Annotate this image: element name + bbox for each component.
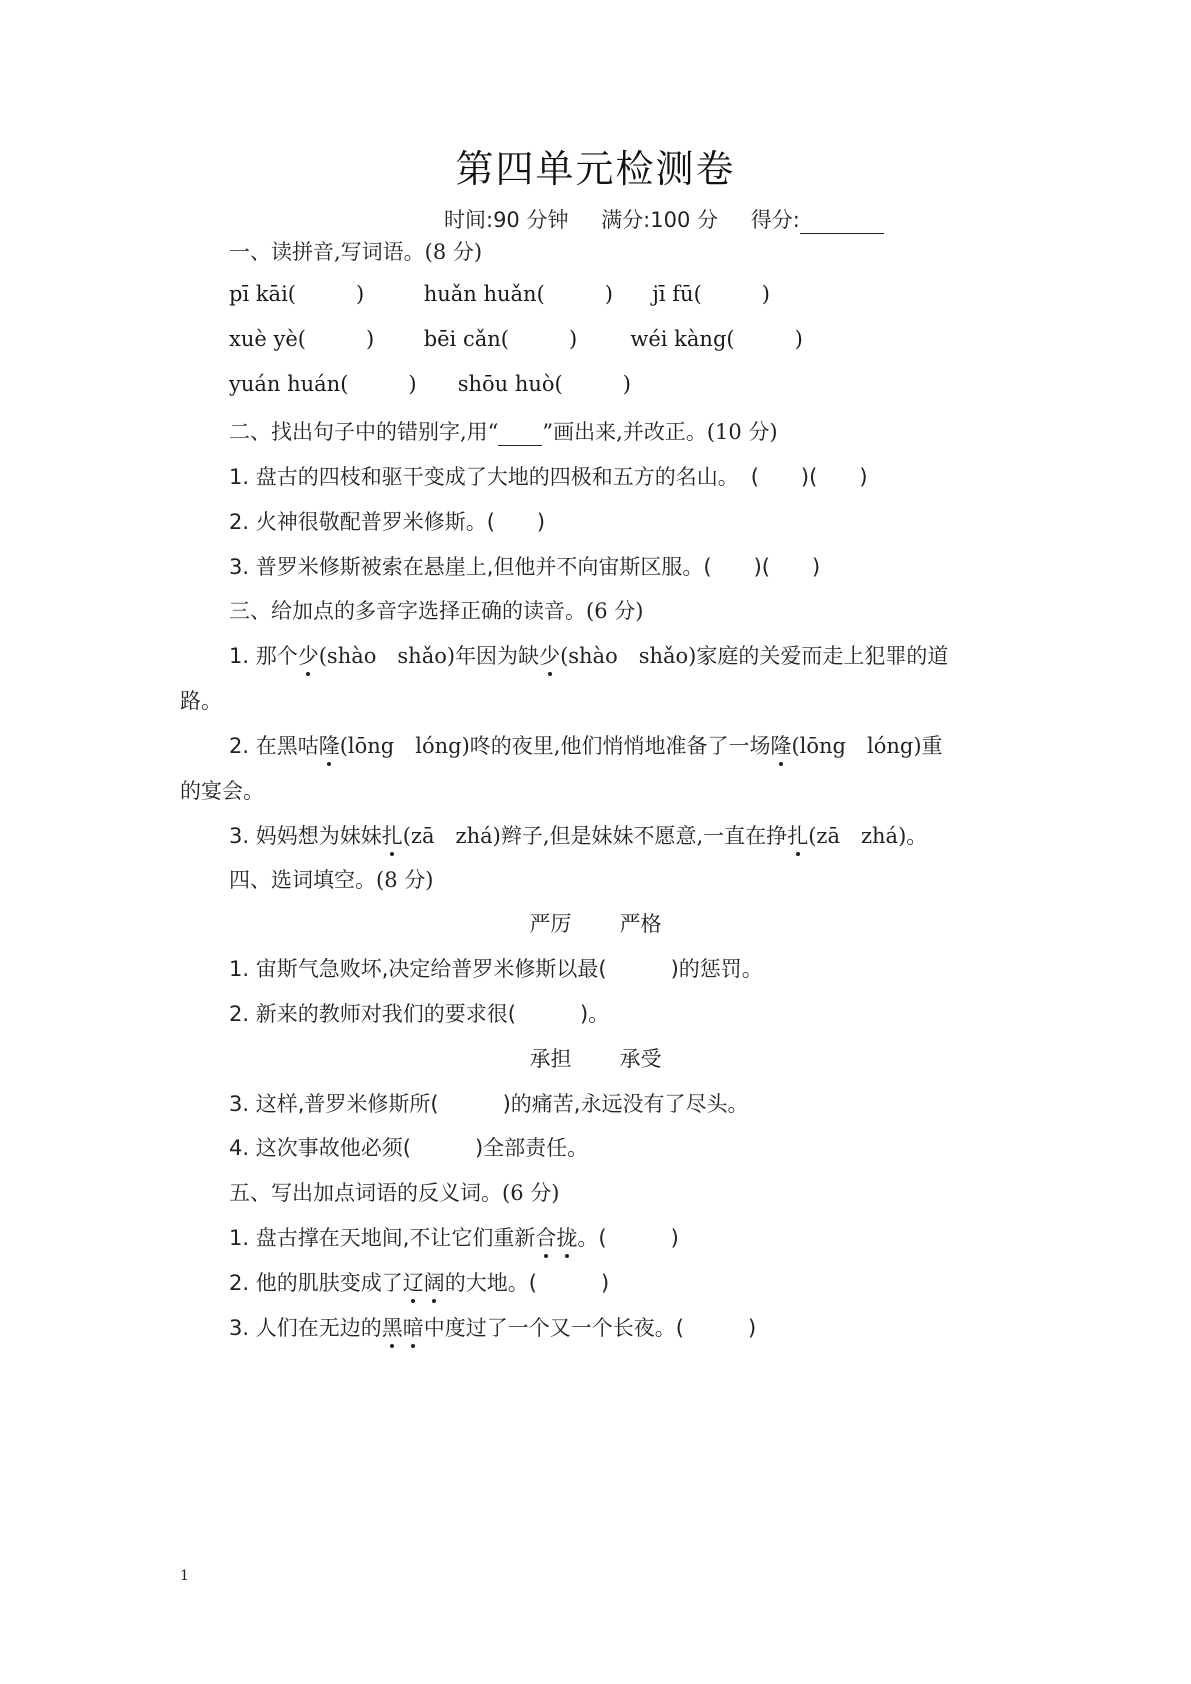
reading-options[interactable]: (lōng lóng)	[340, 734, 470, 758]
reading-options[interactable]: (shào shǎo)	[560, 644, 696, 668]
dotted-char: 阔	[424, 1267, 445, 1297]
section1-heading: 一、读拼音,写词语。(8 分)	[229, 236, 482, 266]
pinyin-item: jī fū	[652, 282, 693, 306]
question-item: 2. 火神很敬配普罗米修斯。( )	[229, 506, 545, 536]
dotted-char: 隆	[770, 730, 791, 760]
section4-heading: 四、选词填空。(8 分)	[229, 864, 433, 894]
reading-options[interactable]: (lōng lóng)	[791, 734, 921, 758]
score-blank[interactable]	[800, 213, 884, 234]
question-item: 3. 人们在无边的黑暗中度过了一个又一个长夜。()	[229, 1312, 756, 1342]
pinyin-item: bēi cǎn	[424, 327, 501, 351]
pinyin-item: shōu huò	[458, 372, 555, 396]
dotted-char: 扎	[787, 820, 808, 850]
question-item: 3. 这样,普罗米修斯所()的痛苦,永远没有了尽头。	[229, 1088, 748, 1118]
question-item: 1. 盘古的四枝和驱干变成了大地的四极和五方的名山。( )( )	[229, 461, 868, 491]
question-item-continuation: 的宴会。	[180, 775, 264, 805]
question-item: 4. 这次事故他必须()全部责任。	[229, 1132, 588, 1162]
section5-heading: 五、写出加点词语的反义词。(6 分)	[229, 1177, 559, 1207]
pinyin-item: pī kāi	[229, 282, 288, 306]
reading-options[interactable]: (zā zhá)	[403, 824, 501, 848]
score-label: 得分:	[751, 208, 800, 232]
full-score-label: 满分:100 分	[601, 208, 718, 232]
pinyin-item: huǎn huǎn	[424, 282, 537, 306]
question-item: 1. 宙斯气急败坏,决定给普罗米修斯以最()的惩罚。	[229, 953, 763, 983]
dotted-char: 隆	[319, 730, 340, 760]
question-item: 3. 普罗米修斯被索在悬崖上,但他并不向宙斯区服。( )( )	[229, 551, 820, 581]
word-choices-2: 承担承受	[0, 1043, 1191, 1073]
word-choice: 严格	[620, 912, 662, 936]
dotted-char: 暗	[403, 1312, 424, 1342]
question-item: 3. 妈妈想为妹妹扎(zā zhá)辫子,但是妹妹不愿意,一直在挣扎(zā zh…	[229, 820, 927, 850]
exam-page: 第四单元检测卷 时间:90 分钟 满分:100 分 得分: 一、读拼音,写词语。…	[0, 0, 1191, 1684]
question-item: 1. 那个少(shào shǎo)年因为缺少(shào shǎo)家庭的关爱而走…	[229, 640, 948, 670]
word-choice: 承受	[620, 1047, 662, 1071]
question-item: 2. 在黑咕隆(lōng lóng)咚的夜里,他们悄悄地准备了一场隆(lōng …	[229, 730, 943, 760]
page-number: 1	[180, 1568, 189, 1584]
dotted-char: 拢	[556, 1222, 577, 1252]
dotted-char: 扎	[382, 820, 403, 850]
dotted-char: 合	[535, 1222, 556, 1252]
question-item-continuation: 路。	[180, 685, 222, 715]
exam-meta: 时间:90 分钟 满分:100 分 得分:	[444, 204, 884, 234]
word-choice: 承担	[530, 1047, 572, 1071]
answer-blanks[interactable]: ( )( )	[703, 555, 820, 579]
pinyin-item: xuè yè	[229, 327, 298, 351]
pinyin-row-1: pī kāi() huǎn huǎn() jī fū()	[229, 282, 770, 306]
word-choices-1: 严厉严格	[0, 908, 1191, 938]
dotted-char: 黑	[382, 1312, 403, 1342]
section2-heading: 二、找出句子中的错别字,用“”画出来,并改正。(10 分)	[229, 416, 778, 446]
underline-sample	[498, 427, 542, 446]
pinyin-item: wéi kàng	[630, 327, 726, 351]
page-title: 第四单元检测卷	[0, 138, 1191, 193]
reading-options[interactable]: (shào shǎo)	[319, 644, 455, 668]
question-item: 2. 他的肌肤变成了辽阔的大地。()	[229, 1267, 609, 1297]
section3-heading: 三、给加点的多音字选择正确的读音。(6 分)	[229, 595, 643, 625]
pinyin-row-3: yuán huán() shōu huò()	[229, 372, 631, 396]
time-label: 时间:90 分钟	[444, 208, 568, 232]
dotted-char: 少	[298, 640, 319, 670]
reading-options[interactable]: (zā zhá)	[808, 824, 906, 848]
dotted-char: 辽	[403, 1267, 424, 1297]
pinyin-row-2: xuè yè() bēi cǎn() wéi kàng()	[229, 327, 803, 351]
question-item: 1. 盘古撑在天地间,不让它们重新合拢。()	[229, 1222, 679, 1252]
answer-blanks[interactable]: ( )	[487, 510, 545, 534]
word-choice: 严厉	[530, 912, 572, 936]
question-item: 2. 新来的教师对我们的要求很()。	[229, 998, 609, 1028]
dotted-char: 少	[539, 640, 560, 670]
answer-blanks[interactable]: ( )( )	[751, 465, 868, 489]
pinyin-item: yuán huán	[229, 372, 340, 396]
